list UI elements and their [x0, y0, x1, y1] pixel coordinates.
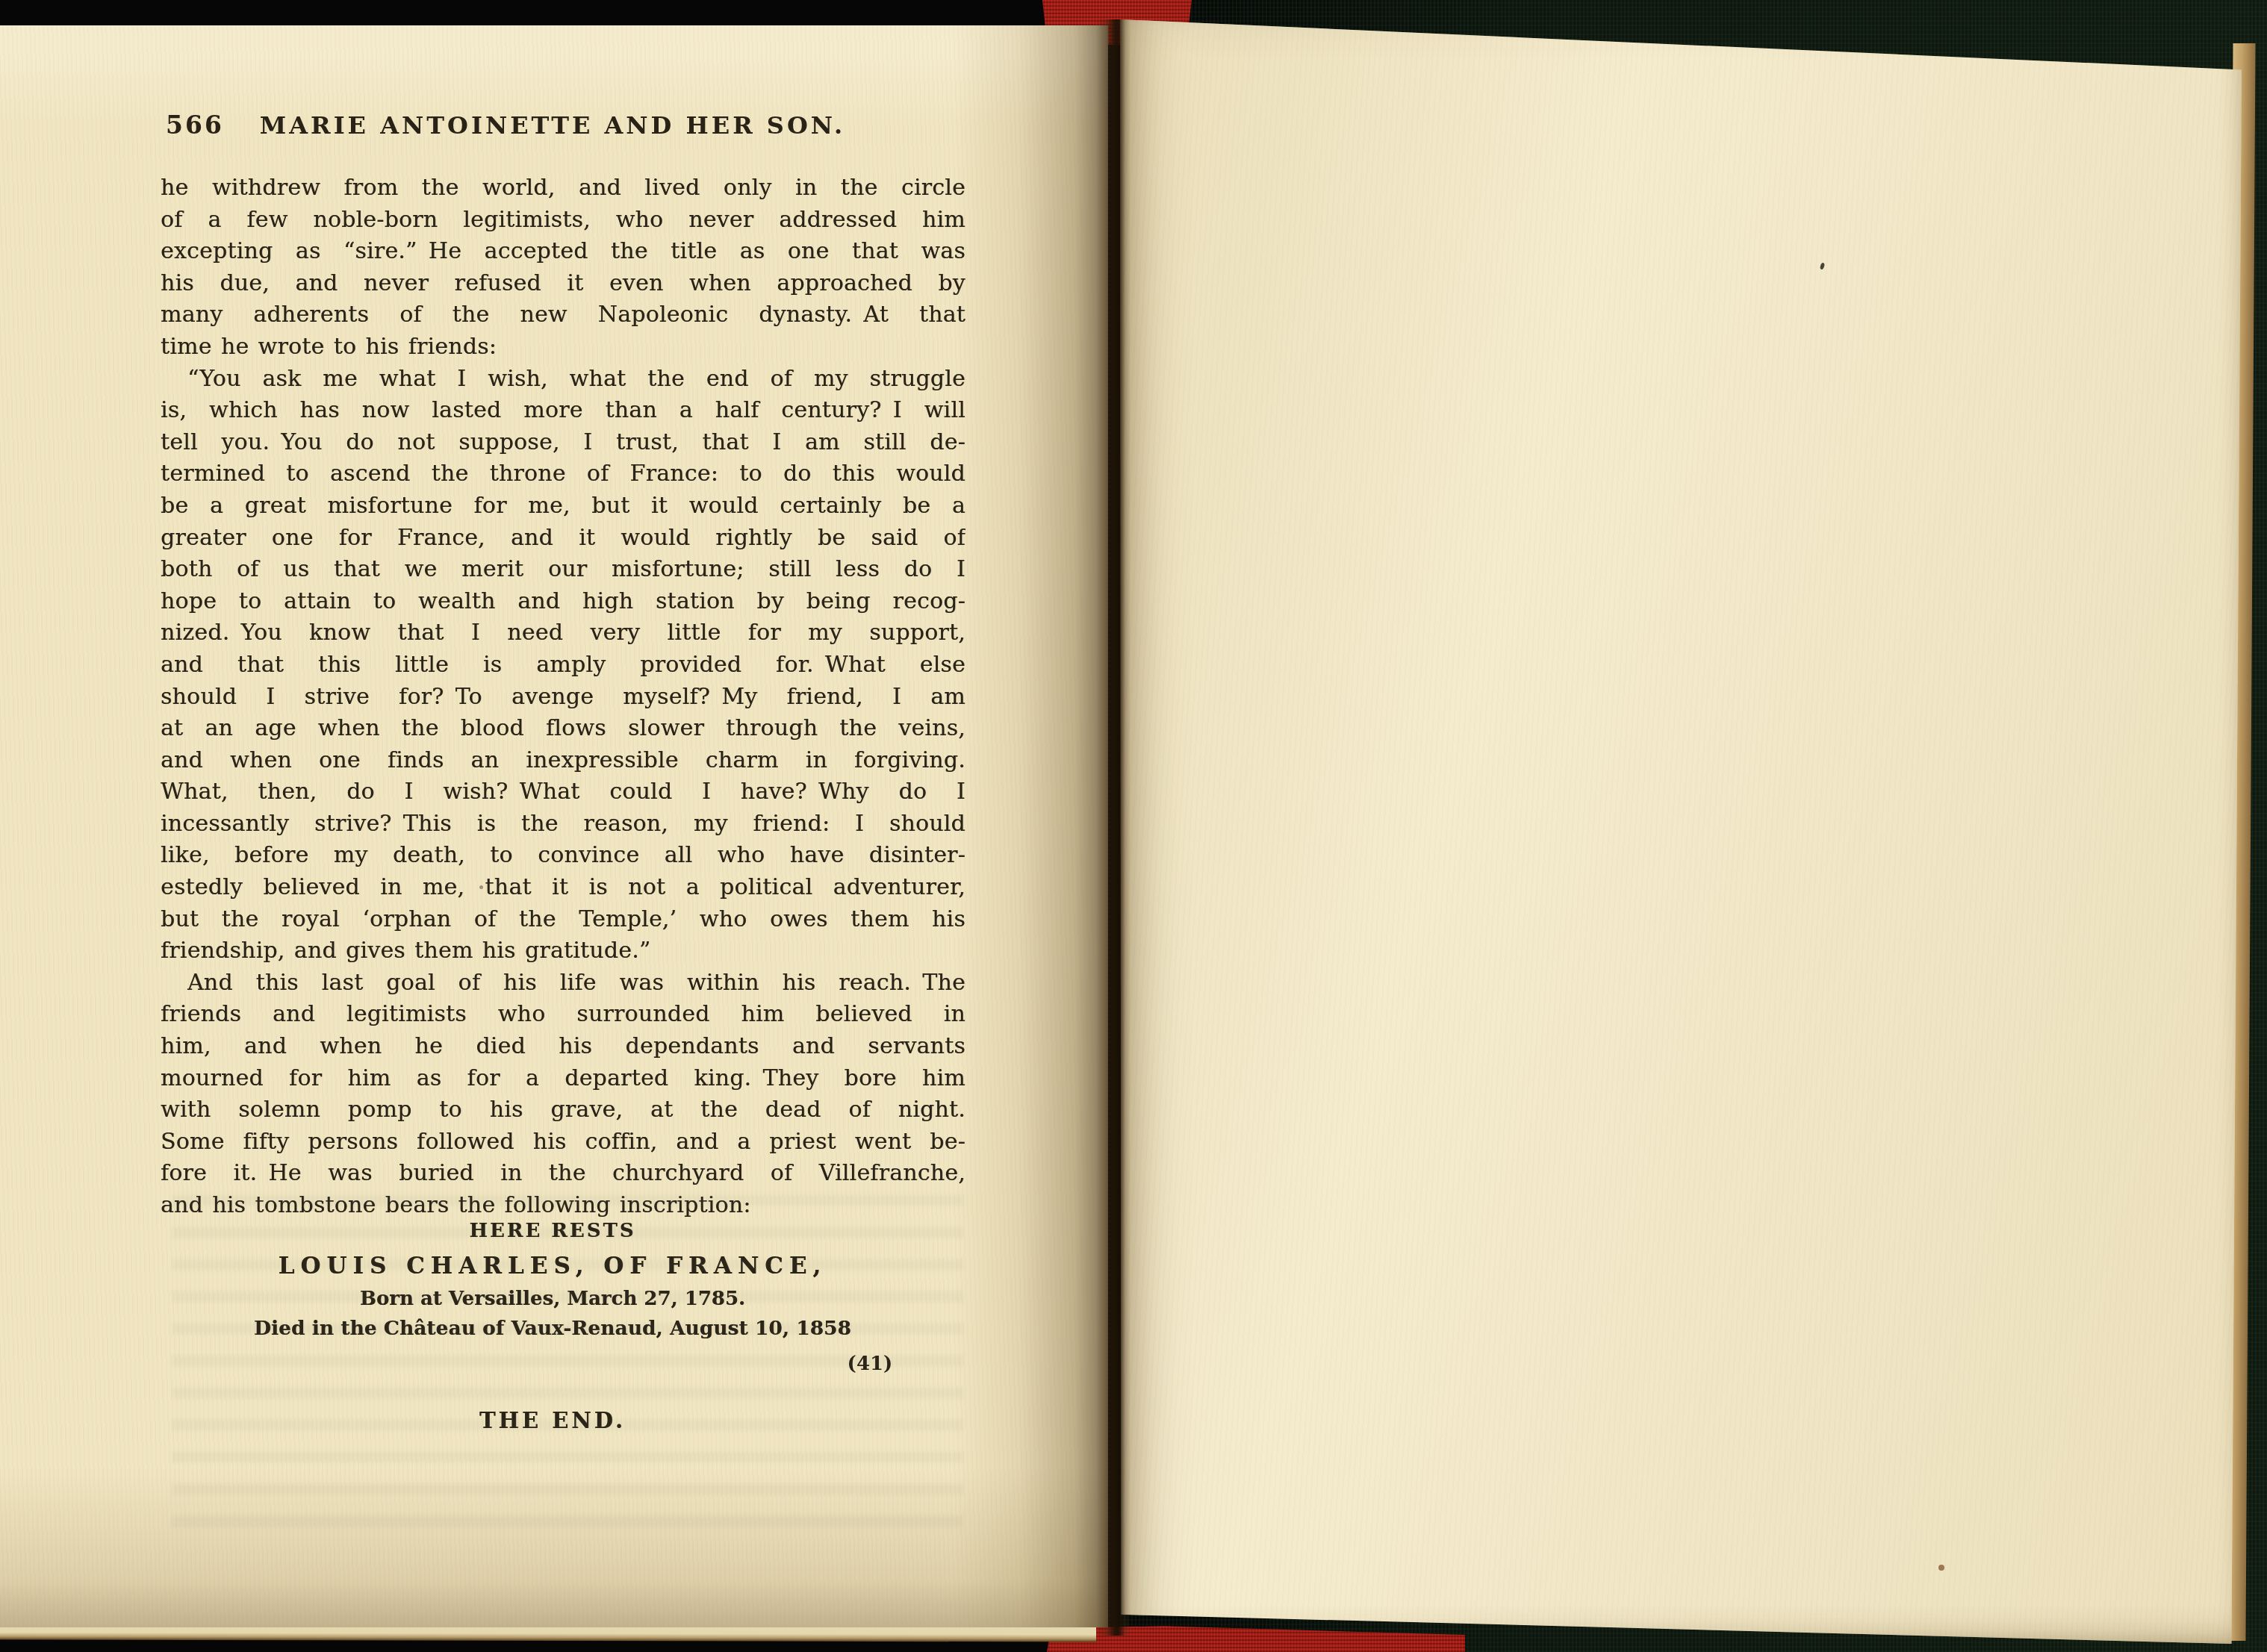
- text-line: nized. You know that I need very little …: [161, 617, 965, 649]
- text-line: should I strive for? To avenge myself? M…: [161, 682, 965, 714]
- text-line: estedly believed in me, that it is not a…: [161, 872, 965, 904]
- text-line: of a few noble-born legitimists, who nev…: [161, 205, 965, 237]
- book-scan-screenshot: 566 MARIE ANTOINETTE AND HER SON. he wit…: [0, 0, 2267, 1652]
- text-line: “You ask me what I wish, what the end of…: [161, 364, 965, 396]
- text-line: What, then, do I wish? What could I have…: [161, 776, 965, 808]
- text-line: is, which has now lasted more than a hal…: [161, 395, 965, 427]
- text-line: and that this little is amply provided f…: [161, 649, 965, 682]
- text-line: fore it. He was buried in the churchyard…: [161, 1158, 965, 1190]
- text-line: him, and when he died his dependants and…: [161, 1031, 965, 1063]
- text-line: friends and legitimists who surrounded h…: [161, 999, 965, 1031]
- running-header: MARIE ANTOINETTE AND HER SON.: [224, 111, 881, 140]
- show-through-ghosting: [172, 1194, 963, 1545]
- text-line: both of us that we merit our misfortune;…: [161, 554, 965, 586]
- body-text: he withdrew from the world, and lived on…: [161, 172, 965, 1222]
- text-line: at an age when the blood flows slower th…: [161, 713, 965, 745]
- left-page: 566 MARIE ANTOINETTE AND HER SON. he wit…: [0, 25, 1108, 1627]
- text-line: like, before my death, to convince all w…: [161, 840, 965, 872]
- text-line: Some fifty persons followed his coffin, …: [161, 1126, 965, 1159]
- text-line: with solemn pomp to his grave, at the de…: [161, 1094, 965, 1126]
- page-number: 566: [166, 110, 224, 140]
- text-line: And this last goal of his life was withi…: [161, 967, 965, 1000]
- text-line: time he wrote to his friends:: [161, 331, 965, 364]
- gutter-shadow: [1096, 19, 1131, 1636]
- text-line: incessantly strive? This is the reason, …: [161, 808, 965, 841]
- text-line: termined to ascend the throne of France:…: [161, 458, 965, 490]
- dust-speck: [479, 885, 483, 889]
- text-line: friendship, and gives them his gratitude…: [161, 935, 965, 967]
- text-line: tell you. You do not suppose, I trust, t…: [161, 427, 965, 459]
- right-page-blank: [1120, 19, 2242, 1644]
- text-line: hope to attain to wealth and high statio…: [161, 586, 965, 618]
- dust-speck: [1938, 1565, 1944, 1571]
- text-line: be a great misfortune for me, but it wou…: [161, 490, 965, 523]
- text-line: but the royal ‘orphan of the Temple,’ wh…: [161, 904, 965, 936]
- text-line: he withdrew from the world, and lived on…: [161, 172, 965, 205]
- text-line: and when one finds an inexpressible char…: [161, 745, 965, 777]
- text-line: mourned for him as for a departed king. …: [161, 1063, 965, 1095]
- text-line: his due, and never refused it even when …: [161, 268, 965, 300]
- text-line: greater one for France, and it would rig…: [161, 523, 965, 555]
- text-line: excepting as “sire.” He accepted the tit…: [161, 236, 965, 268]
- text-line: many adherents of the new Napoleonic dyn…: [161, 299, 965, 331]
